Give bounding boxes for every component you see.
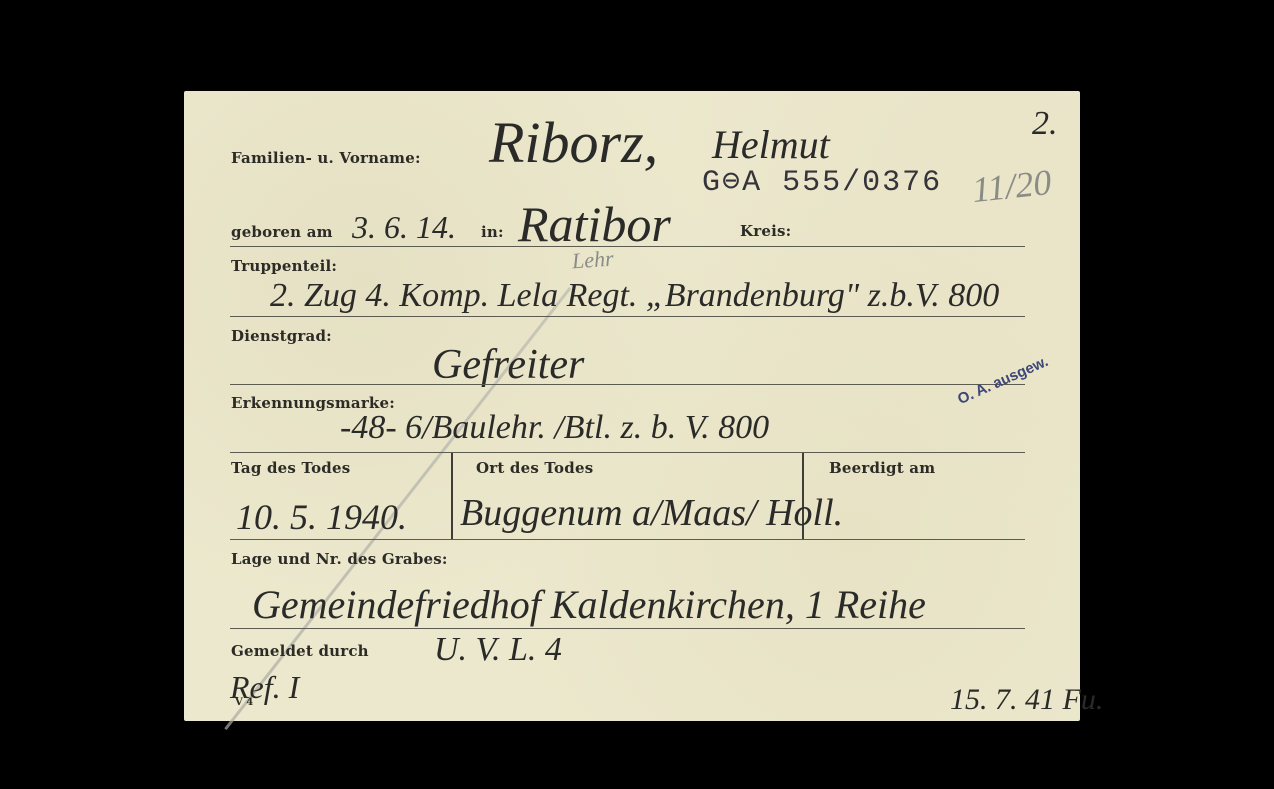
- id-tag-value: -48- 6/Baulehr. /Btl. z. b. V. 800: [340, 409, 769, 447]
- grave-value: Gemeindefriedhof Kaldenkirchen, 1 Reihe: [252, 581, 926, 628]
- surname-value: Riborz,: [489, 109, 658, 176]
- unit-value: 2. Zug 4. Komp. Lela Regt. „Brandenburg"…: [270, 277, 999, 315]
- reported-by-label: Gemeldet durch: [231, 642, 369, 660]
- in-label: in:: [481, 223, 504, 241]
- birth-place-value: Ratibor: [518, 195, 671, 253]
- stamp-oa-ausgew: O. A. ausgew.: [955, 353, 1051, 408]
- rule-born: [230, 246, 1025, 247]
- death-place-value: Buggenum a/Maas/ Holl.: [460, 491, 843, 535]
- corner-number: 2.: [1032, 105, 1058, 143]
- unit-label: Truppenteil:: [231, 257, 337, 275]
- death-place-label: Ort des Todes: [476, 459, 593, 477]
- rank-value: Gefreiter: [432, 341, 584, 389]
- divider-death-1: [451, 453, 453, 539]
- rule-death: [230, 539, 1025, 540]
- death-date-value: 10. 5. 1940.: [236, 496, 407, 538]
- given-name-value: Helmut: [712, 121, 830, 168]
- reported-by-value: U. V. L. 4: [434, 631, 562, 669]
- buried-label: Beerdigt am: [829, 459, 935, 477]
- rule-unit: [230, 316, 1025, 317]
- typed-reference: G⊖A 555/0376: [702, 163, 942, 200]
- district-label: Kreis:: [740, 222, 791, 240]
- birth-date-value: 3. 6. 14.: [352, 209, 456, 246]
- rule-rank: [230, 384, 1025, 385]
- grave-label: Lage und Nr. des Grabes:: [231, 550, 448, 568]
- born-label: geboren am: [231, 223, 333, 241]
- pencil-annotation-top: 11/20: [970, 161, 1053, 211]
- unit-insert-pencil: Lehr: [571, 246, 614, 275]
- death-date-label: Tag des Todes: [231, 459, 350, 477]
- rule-grave: [230, 628, 1025, 629]
- index-card: 2. Familien- u. Vorname: Riborz, Helmut …: [184, 91, 1080, 721]
- rule-id-tag: [230, 452, 1025, 453]
- form-code: V 4: [235, 697, 253, 708]
- date-signature: 15. 7. 41 Fu.: [950, 683, 1103, 717]
- name-label: Familien- u. Vorname:: [231, 149, 421, 167]
- rank-label: Dienstgrad:: [231, 327, 332, 345]
